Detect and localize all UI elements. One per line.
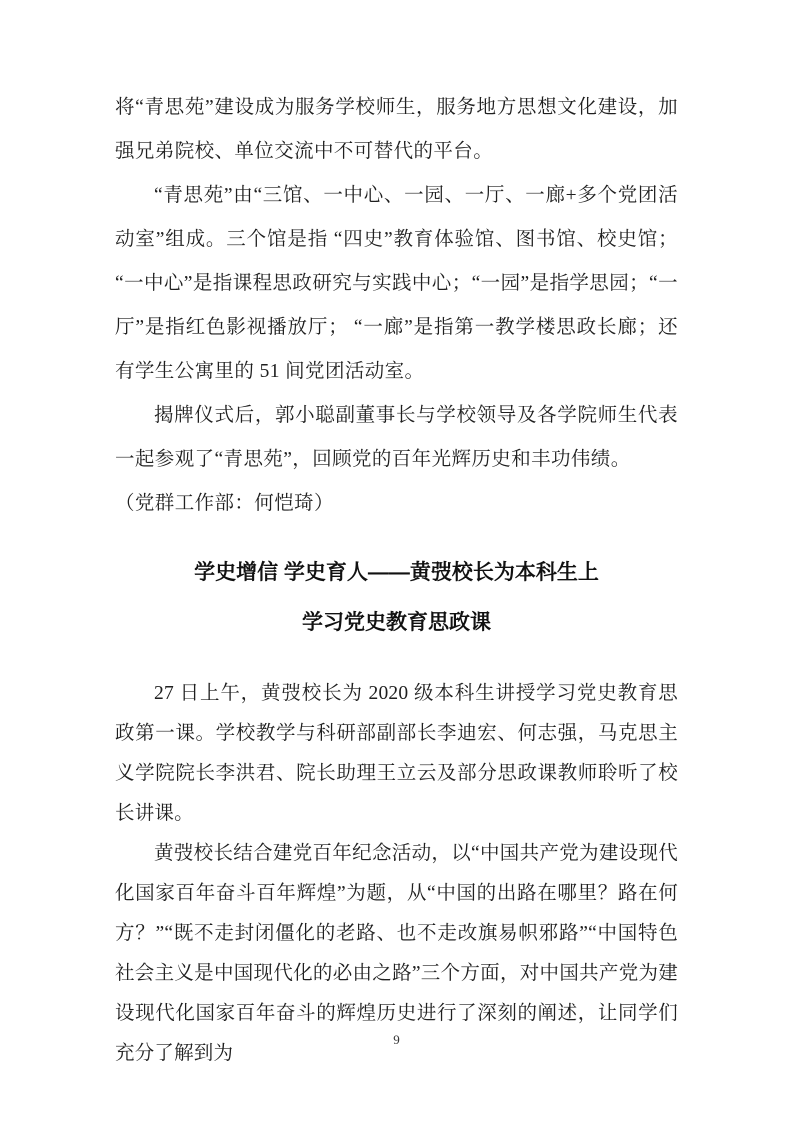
body-paragraph: 27 日上午，黄弢校长为 2020 级本科生讲授学习党史教育思政第一课。学校教学…	[115, 674, 678, 834]
article-title-line2: 学习党史教育思政课	[302, 611, 491, 634]
article-title-line1: 学史增信 学史育人——黄弢校长为本科生上	[194, 561, 599, 584]
page-content: 将“青思苑”建设成为服务学校师生，服务地方思想文化建设，加强兄弟院校、单位交流中…	[115, 86, 678, 1074]
page-number: 9	[0, 1032, 793, 1048]
body-paragraph: 将“青思苑”建设成为服务学校师生，服务地方思想文化建设，加强兄弟院校、单位交流中…	[115, 86, 678, 174]
byline: （党群工作部：何恺琦）	[115, 482, 678, 526]
body-paragraph: “青思苑”由“三馆、一中心、一园、一厅、一廊+多个党团活动室”组成。三个馆是指 …	[115, 174, 678, 394]
article-2-body: 27 日上午，黄弢校长为 2020 级本科生讲授学习党史教育思政第一课。学校教学…	[115, 674, 678, 1074]
article-title: 学史增信 学史育人——黄弢校长为本科生上 学习党史教育思政课	[115, 548, 678, 648]
body-paragraph: 揭牌仪式后，郭小聪副董事长与学校领导及各学院师生代表一起参观了“青思苑”，回顾党…	[115, 394, 678, 482]
document-page: 将“青思苑”建设成为服务学校师生，服务地方思想文化建设，加强兄弟院校、单位交流中…	[0, 0, 793, 1122]
article-1-continuation: 将“青思苑”建设成为服务学校师生，服务地方思想文化建设，加强兄弟院校、单位交流中…	[115, 86, 678, 526]
